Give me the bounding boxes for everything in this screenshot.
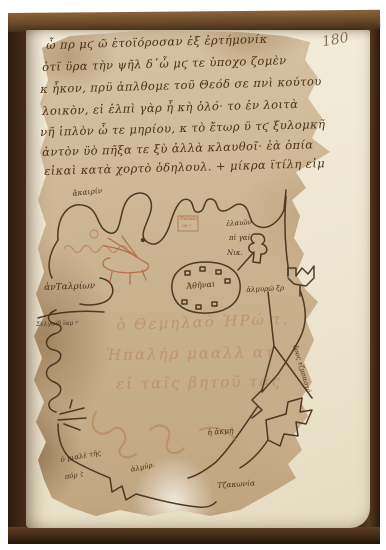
east-boundary — [285, 196, 288, 276]
red-inscription-line: Ἡπαλήρ μααλλ ατ — [106, 343, 275, 364]
boat-sketch — [58, 400, 86, 430]
southeast-curve — [188, 406, 258, 478]
building-square — [216, 270, 221, 274]
building-square — [200, 267, 205, 271]
map-label-tiny-row: Σελγαϊδ ϊαμ〃 — [36, 317, 79, 327]
building-square — [182, 300, 187, 304]
sketch-map-drawing — [0, 0, 386, 550]
map-label-nafplion-line2: ον〃 — [182, 223, 192, 229]
manuscript-photo: 180 ὦ πρ μϛ ῶ ἑτοϊόροσαν ἐξ ἐρτήμονίκ ὀτ… — [0, 0, 386, 550]
building-square — [185, 271, 190, 275]
red-ink-sketches — [64, 216, 198, 284]
map-label-nik: Νικ. — [227, 249, 243, 257]
arrow-shape — [266, 398, 312, 446]
arrow-link — [240, 440, 268, 468]
deer-sketch — [103, 236, 148, 284]
red-inscription-line: εἰ ταῖς βητοῦ τας — [116, 372, 282, 393]
building-square — [225, 279, 230, 283]
flourish — [150, 425, 184, 453]
figure-glyph — [249, 234, 267, 263]
building-square — [212, 302, 217, 306]
map-label-pigai: πὶ γαί — [229, 234, 250, 242]
map-label-antalrion: ἀνΤαλρίων — [44, 281, 95, 293]
building-square — [196, 305, 201, 309]
red-circle — [90, 230, 98, 238]
west-coast-link — [49, 240, 58, 278]
ink-blot — [141, 238, 145, 242]
map-label-nafplion-line1: Ναύπλι — [180, 217, 197, 222]
